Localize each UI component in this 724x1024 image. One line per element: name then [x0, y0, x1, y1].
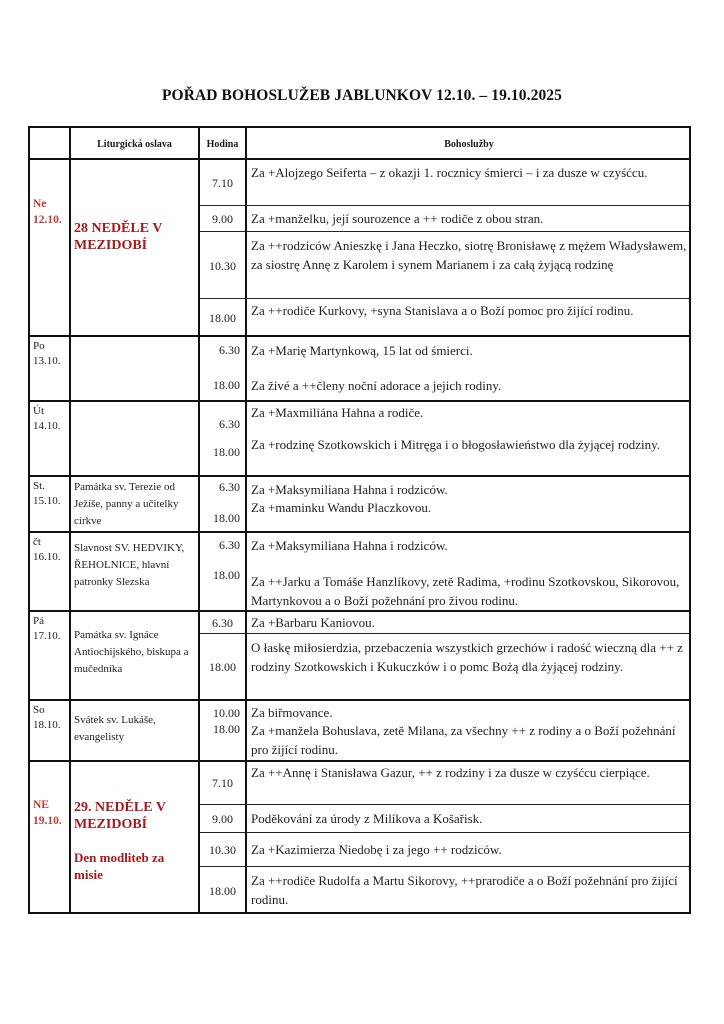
header-time: Hodina	[200, 135, 245, 154]
row-divider	[30, 531, 689, 533]
mass-intention: Za +Kazimierza Niedobę i za jego ++ rodz…	[251, 840, 689, 859]
mass-time: 9.00	[200, 210, 245, 228]
mass-time: 18.00	[200, 882, 245, 900]
day-label: Ne12.10.	[33, 196, 69, 228]
day-label: Út14.10.	[33, 404, 69, 434]
mass-intention: Za +Maksymiliana Hahna i rodziców.	[251, 480, 689, 499]
mass-intention: Za +Alojzego Seiferta – z okazji 1. rocz…	[251, 163, 689, 182]
subrow-divider	[200, 633, 689, 634]
mass-time: 18.00	[200, 509, 240, 527]
row-divider	[30, 335, 689, 337]
mass-intention: Za +Maxmiliána Hahna a rodiče.	[251, 403, 689, 422]
mass-time: 18.00	[200, 720, 240, 738]
mass-time: 18.00	[200, 658, 245, 676]
header-feast: Liturgická oslava	[71, 135, 198, 154]
page-title: POŘAD BOHOSLUŽEB JABLUNKOV 12.10. – 19.1…	[0, 87, 724, 105]
mass-intention: Za +rodzinę Szotkowskich i Mitręga i o b…	[251, 435, 689, 454]
row-divider	[30, 400, 689, 402]
mass-time: 6.30	[200, 614, 245, 632]
day-label: Pá17.10.	[33, 614, 69, 644]
feast-label: Slavnost SV. HEDVIKY, ŘEHOLNICE, hlavní …	[74, 540, 196, 591]
mass-intention: Za biřmovance.	[251, 703, 689, 722]
mass-intention: Za ++rodiče Rudolfa a Martu Sikorovy, ++…	[251, 871, 689, 909]
mass-time: 18.00	[200, 309, 245, 327]
mass-time: 10.30	[200, 257, 245, 275]
mass-intention: Za ++Annę i Stanisława Gazur, ++ z rodzi…	[251, 763, 689, 782]
mass-time: 18.00	[200, 376, 240, 394]
column-divider	[69, 128, 71, 912]
mass-time: 18.00	[200, 443, 240, 461]
subrow-divider	[200, 231, 689, 232]
row-divider	[30, 475, 689, 477]
row-divider	[30, 158, 689, 160]
mass-intention: Za +maminku Wandu Placzkovou.	[251, 498, 689, 517]
header-masses: Bohoslužby	[247, 135, 691, 154]
mass-time: 7.10	[200, 174, 245, 192]
mass-intention: Za ++Jarku a Tomáše Hanzlíkovy, zetě Rad…	[251, 572, 689, 610]
row-divider	[30, 760, 689, 762]
subrow-divider	[200, 866, 689, 867]
mass-time: 10.30	[200, 841, 245, 859]
feast-label: Památka sv. Terezie od Ježíše, panny a u…	[74, 479, 196, 530]
subrow-divider	[200, 804, 689, 805]
mass-intention: Za živé a ++členy noční adorace a jejich…	[251, 376, 689, 395]
mass-time: 6.30	[200, 478, 240, 496]
feast-label: 29. NEDĚLE V MEZIDOBÍDen modliteb za mis…	[74, 799, 196, 883]
feast-label: 28 NEDĚLE V MEZIDOBÍ	[74, 220, 196, 254]
schedule-table: Liturgická oslava Hodina Bohoslužby Ne12…	[28, 126, 691, 914]
feast-label: Památka sv. Ignáce Antiochijského, bisku…	[74, 627, 196, 678]
mass-intention: Za +manžela Bohuslava, zetě Milana, za v…	[251, 721, 689, 759]
subrow-divider	[200, 298, 689, 299]
column-divider	[245, 128, 247, 912]
mass-time: 9.00	[200, 810, 245, 828]
day-label: St.15.10.	[33, 479, 69, 509]
mass-time: 6.30	[200, 536, 240, 554]
mass-intention: Za +Maksymiliana Hahna i rodziców.	[251, 536, 689, 555]
day-label: čt16.10.	[33, 535, 69, 565]
day-label: So18.10.	[33, 703, 69, 733]
feast-label: Svátek sv. Lukáše, evangelisty	[74, 712, 196, 746]
mass-intention: Za ++rodziców Anieszkę i Jana Heczko, si…	[251, 236, 689, 274]
day-label: NE19.10.	[33, 797, 69, 829]
mass-intention: Za +Marię Martynkową, 15 lat od śmierci.	[251, 341, 689, 360]
mass-intention: Za +manželku, její sourozence a ++ rodič…	[251, 209, 689, 228]
feast-subtitle: Den modliteb za misie	[74, 849, 196, 883]
mass-intention: Za +Barbaru Kaniovou.	[251, 613, 689, 632]
row-divider	[30, 699, 689, 701]
mass-intention: Za ++rodiče Kurkovy, +syna Stanislava a …	[251, 301, 689, 320]
row-divider	[30, 610, 689, 612]
mass-time: 6.30	[200, 415, 240, 433]
mass-time: 18.00	[200, 566, 240, 584]
mass-time: 6.30	[200, 341, 240, 359]
day-label: Po13.10.	[33, 339, 69, 369]
mass-time: 7.10	[200, 774, 245, 792]
subrow-divider	[200, 205, 689, 206]
subrow-divider	[200, 832, 689, 833]
mass-intention: O łaskę miłosierdzia, przebaczenia wszys…	[251, 638, 689, 676]
mass-intention: Poděkování za úrody z Milíkova a Košařis…	[251, 809, 689, 828]
